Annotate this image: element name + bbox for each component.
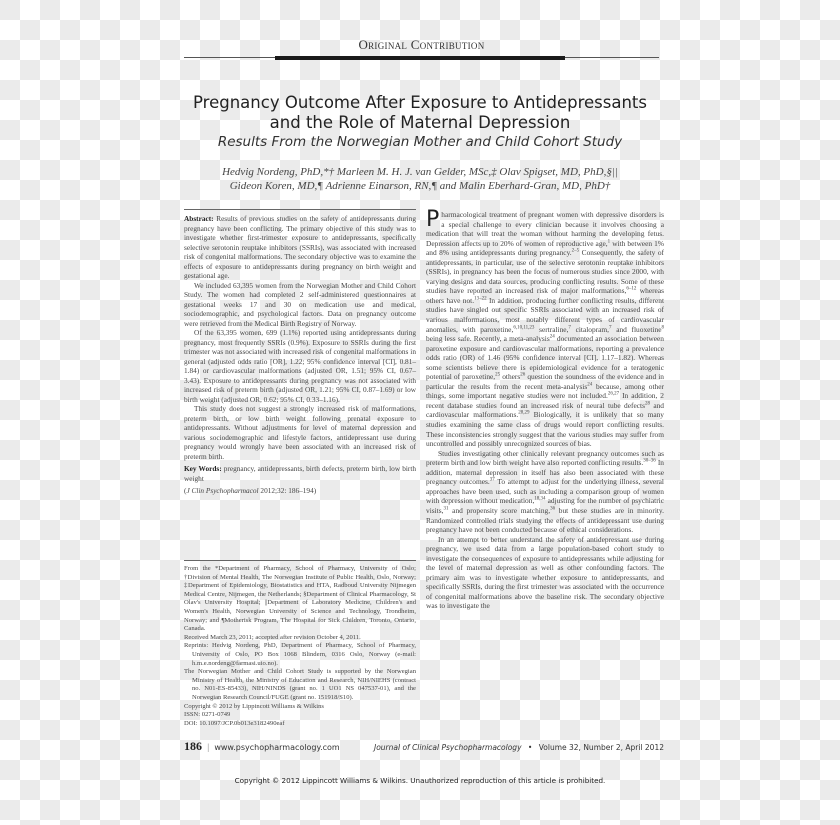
- affiliations-divider: [184, 560, 416, 561]
- citation: (J Clin Psychopharmacol 2012;32: 186–194…: [184, 486, 416, 496]
- body-text: Pharmacological treatment of pregnant wo…: [426, 210, 664, 611]
- reprints: Reprints: Hedvig Nordeng, PhD, Departmen…: [184, 642, 416, 668]
- author-list: Hedvig Nordeng, PhD,*† Marleen M. H. J. …: [175, 165, 665, 193]
- funding: The Norwegian Mother and Child Cohort St…: [184, 668, 416, 702]
- keywords-label: Key Words:: [184, 464, 222, 473]
- doi: DOI: 10.1097/JCP.0b013e3182490eaf: [184, 720, 416, 729]
- bullet: •: [528, 743, 532, 752]
- article-title: Pregnancy Outcome After Exposure to Anti…: [175, 93, 665, 133]
- footer-right: Journal of Clinical Psychopharmacology •…: [374, 743, 664, 752]
- page-footer: 186 | www.psychopharmacology.com Journal…: [184, 739, 664, 754]
- keywords: Key Words: pregnancy, antidepressants, b…: [184, 464, 416, 483]
- abstract-paragraph-2: We included 63,395 women from the Norweg…: [184, 281, 416, 329]
- abstract-paragraph-4: This study does not suggest a strongly i…: [184, 404, 416, 461]
- footer-left: 186 | www.psychopharmacology.com: [184, 739, 340, 754]
- copyright-notice: Copyright © 2012 Lippincott Williams & W…: [170, 776, 670, 785]
- affiliation-from: From the *Department of Pharmacy, School…: [184, 565, 416, 634]
- received-date: Received March 23, 2011; accepted after …: [184, 634, 416, 643]
- citation-journal: J Clin Psychopharmacol: [186, 486, 258, 495]
- journal-name: Journal of Clinical Psychopharmacology: [374, 743, 522, 752]
- body-paragraph-3: In an attempt to better understand the s…: [426, 535, 664, 611]
- issn: ISSN: 0271-0749: [184, 711, 416, 720]
- footer-separator: |: [207, 742, 209, 752]
- authors-line-2: Gideon Koren, MD,¶ Adrienne Einarson, RN…: [175, 179, 665, 193]
- abstract-label: Abstract:: [184, 214, 214, 223]
- page-number: 186: [184, 739, 202, 753]
- abstract-paragraph-1: Abstract: Results of previous studies on…: [184, 214, 416, 281]
- volume-issue: Volume 32, Number 2, April 2012: [539, 743, 664, 752]
- copyright-line: Copyright © 2012 by Lippincott Williams …: [184, 703, 416, 712]
- header-rule-thick: [275, 56, 565, 60]
- abstract: Abstract: Results of previous studies on…: [184, 214, 416, 496]
- article-subtitle: Results From the Norwegian Mother and Ch…: [175, 134, 665, 150]
- authors-line-1: Hedvig Nordeng, PhD,*† Marleen M. H. J. …: [175, 165, 665, 179]
- affiliations: From the *Department of Pharmacy, School…: [184, 565, 416, 728]
- abstract-paragraph-3: Of the 63,395 women, 699 (1.1%) reported…: [184, 328, 416, 404]
- section-label: Original Contribution: [184, 37, 659, 53]
- body-paragraph-1: Pharmacological treatment of pregnant wo…: [426, 210, 664, 449]
- journal-website-link[interactable]: www.psychopharmacology.com: [214, 743, 339, 752]
- abstract-divider: [184, 209, 416, 210]
- body-paragraph-2: Studies investigating other clinically r…: [426, 449, 664, 535]
- drop-cap: P: [426, 211, 439, 229]
